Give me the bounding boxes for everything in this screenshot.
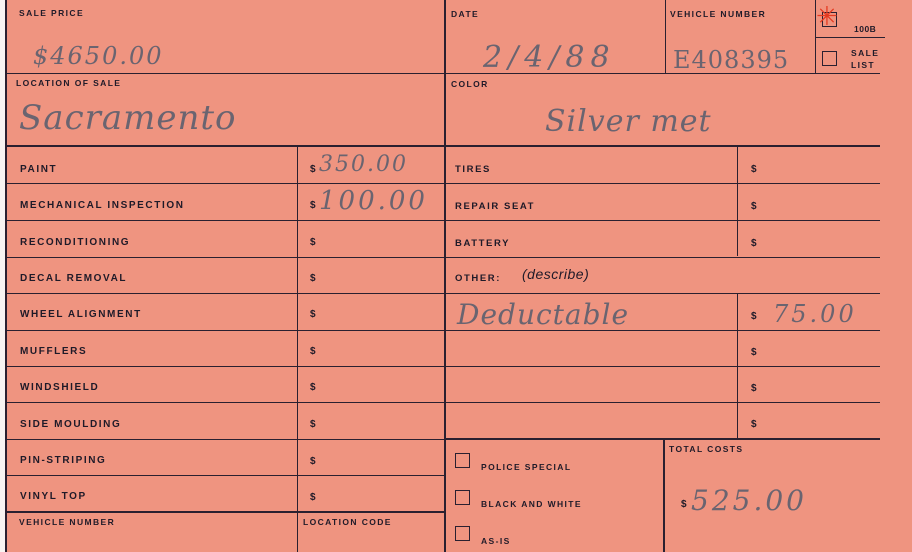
row-line — [445, 220, 880, 221]
color-value[interactable]: Silver met — [545, 104, 712, 139]
row-line — [445, 402, 880, 403]
red-checkmark-icon: ✳ — [816, 4, 838, 30]
cost-label-decal-removal: DECAL REMOVAL — [20, 273, 127, 284]
dollar-sign: $ — [310, 309, 316, 320]
dollar-sign: $ — [751, 383, 757, 394]
options-total-divider — [663, 438, 665, 552]
dollar-sign: $ — [751, 347, 757, 358]
option-label-as-is: AS-IS — [481, 536, 511, 546]
dollar-sign: $ — [681, 499, 687, 510]
checkbox-police-special[interactable] — [455, 453, 470, 468]
cost-label-paint: PAINT — [20, 164, 57, 175]
row-line — [445, 293, 880, 294]
row-line — [5, 402, 445, 403]
cost-value-mechanical-inspection[interactable]: 100.00 — [319, 186, 428, 216]
dollar-sign: $ — [751, 419, 757, 430]
dollar-sign: $ — [751, 201, 757, 212]
row-line — [5, 293, 445, 294]
row-line — [5, 475, 445, 476]
cost-label-vinyl-top: VINYL TOP — [20, 491, 87, 502]
cost-label-tires: TIRES — [455, 164, 491, 175]
center-divider — [444, 0, 446, 552]
dollar-sign: $ — [310, 237, 316, 248]
date-label: DATE — [451, 9, 479, 19]
left-border — [5, 0, 7, 552]
total-costs-label: TOTAL COSTS — [669, 444, 743, 454]
row-line — [445, 257, 880, 258]
cost-label-wheel-alignment: WHEEL ALIGNMENT — [20, 309, 142, 320]
vehicle-number-value[interactable]: E408395 — [673, 46, 789, 74]
vehicle-cost-card: SALE PRICE $4650.00 LOCATION OF SALE Sac… — [5, 0, 912, 552]
row-line — [445, 366, 880, 367]
row-line — [5, 220, 445, 221]
sale-price-value[interactable]: $4650.00 — [33, 42, 164, 70]
divider-date-vehicle — [665, 0, 666, 74]
dollar-sign: $ — [751, 311, 757, 322]
cost-value-paint[interactable]: 350.00 — [319, 152, 408, 177]
other-label: OTHER: — [455, 273, 501, 284]
dollar-sign: $ — [310, 419, 316, 430]
checkbox-100b-label: 100B — [854, 24, 876, 34]
divider-checkbox — [815, 37, 885, 38]
other-value-1[interactable]: 75.00 — [773, 300, 857, 328]
row-line — [445, 183, 880, 184]
cost-label-side-moulding: SIDE MOULDING — [20, 419, 121, 430]
vehicle-number-label: VEHICLE NUMBER — [670, 9, 766, 19]
date-value[interactable]: 2/4/88 — [483, 40, 616, 75]
row-line — [5, 439, 445, 440]
dollar-sign: $ — [751, 238, 757, 249]
footer-vehicle-number-label: VEHICLE NUMBER — [19, 517, 115, 527]
checkbox-sale-list[interactable] — [822, 51, 837, 66]
left-amount-divider — [297, 146, 298, 552]
dollar-sign: $ — [310, 273, 316, 284]
checkbox-sale-list-label-line2: LIST — [851, 60, 875, 70]
row-line — [5, 330, 445, 331]
dollar-sign: $ — [310, 456, 316, 467]
cost-label-pin-striping: PIN-STRIPING — [20, 455, 106, 466]
location-of-sale-label: LOCATION OF SALE — [16, 78, 121, 88]
row-line — [5, 183, 445, 184]
dollar-sign: $ — [751, 164, 757, 175]
row-line — [5, 257, 445, 258]
other-description-1[interactable]: Deductable — [457, 298, 629, 331]
cost-label-mufflers: MUFFLERS — [20, 346, 87, 357]
header-line-2 — [5, 145, 880, 147]
total-costs-value[interactable]: 525.00 — [691, 484, 807, 517]
cost-label-repair-seat: REPAIR SEAT — [455, 201, 535, 212]
dollar-sign: $ — [310, 382, 316, 393]
cost-label-windshield: WINDSHIELD — [20, 382, 99, 393]
option-label-police-special: POLICE SPECIAL — [481, 462, 571, 472]
dollar-sign: $ — [310, 492, 316, 503]
checkbox-black-and-white[interactable] — [455, 490, 470, 505]
dollar-sign: $ — [310, 164, 316, 175]
row-line — [5, 366, 445, 367]
cost-label-battery: BATTERY — [455, 238, 510, 249]
cost-label-mechanical-inspection: MECHANICAL INSPECTION — [20, 200, 185, 211]
right-amount-divider-top — [737, 146, 738, 256]
checkbox-as-is[interactable] — [455, 526, 470, 541]
row-line — [5, 511, 445, 513]
cost-label-reconditioning: RECONDITIONING — [20, 237, 130, 248]
other-describe-hint: (describe) — [522, 266, 589, 282]
option-label-black-and-white: BLACK AND WHITE — [481, 499, 582, 509]
dollar-sign: $ — [310, 346, 316, 357]
checkbox-sale-list-label-line1: SALE — [851, 48, 879, 58]
dollar-sign: $ — [310, 200, 316, 211]
location-of-sale-value[interactable]: Sacramento — [19, 98, 237, 138]
footer-location-code-label: LOCATION CODE — [303, 517, 392, 527]
color-label: COLOR — [451, 79, 489, 89]
sale-price-label: SALE PRICE — [19, 8, 84, 18]
